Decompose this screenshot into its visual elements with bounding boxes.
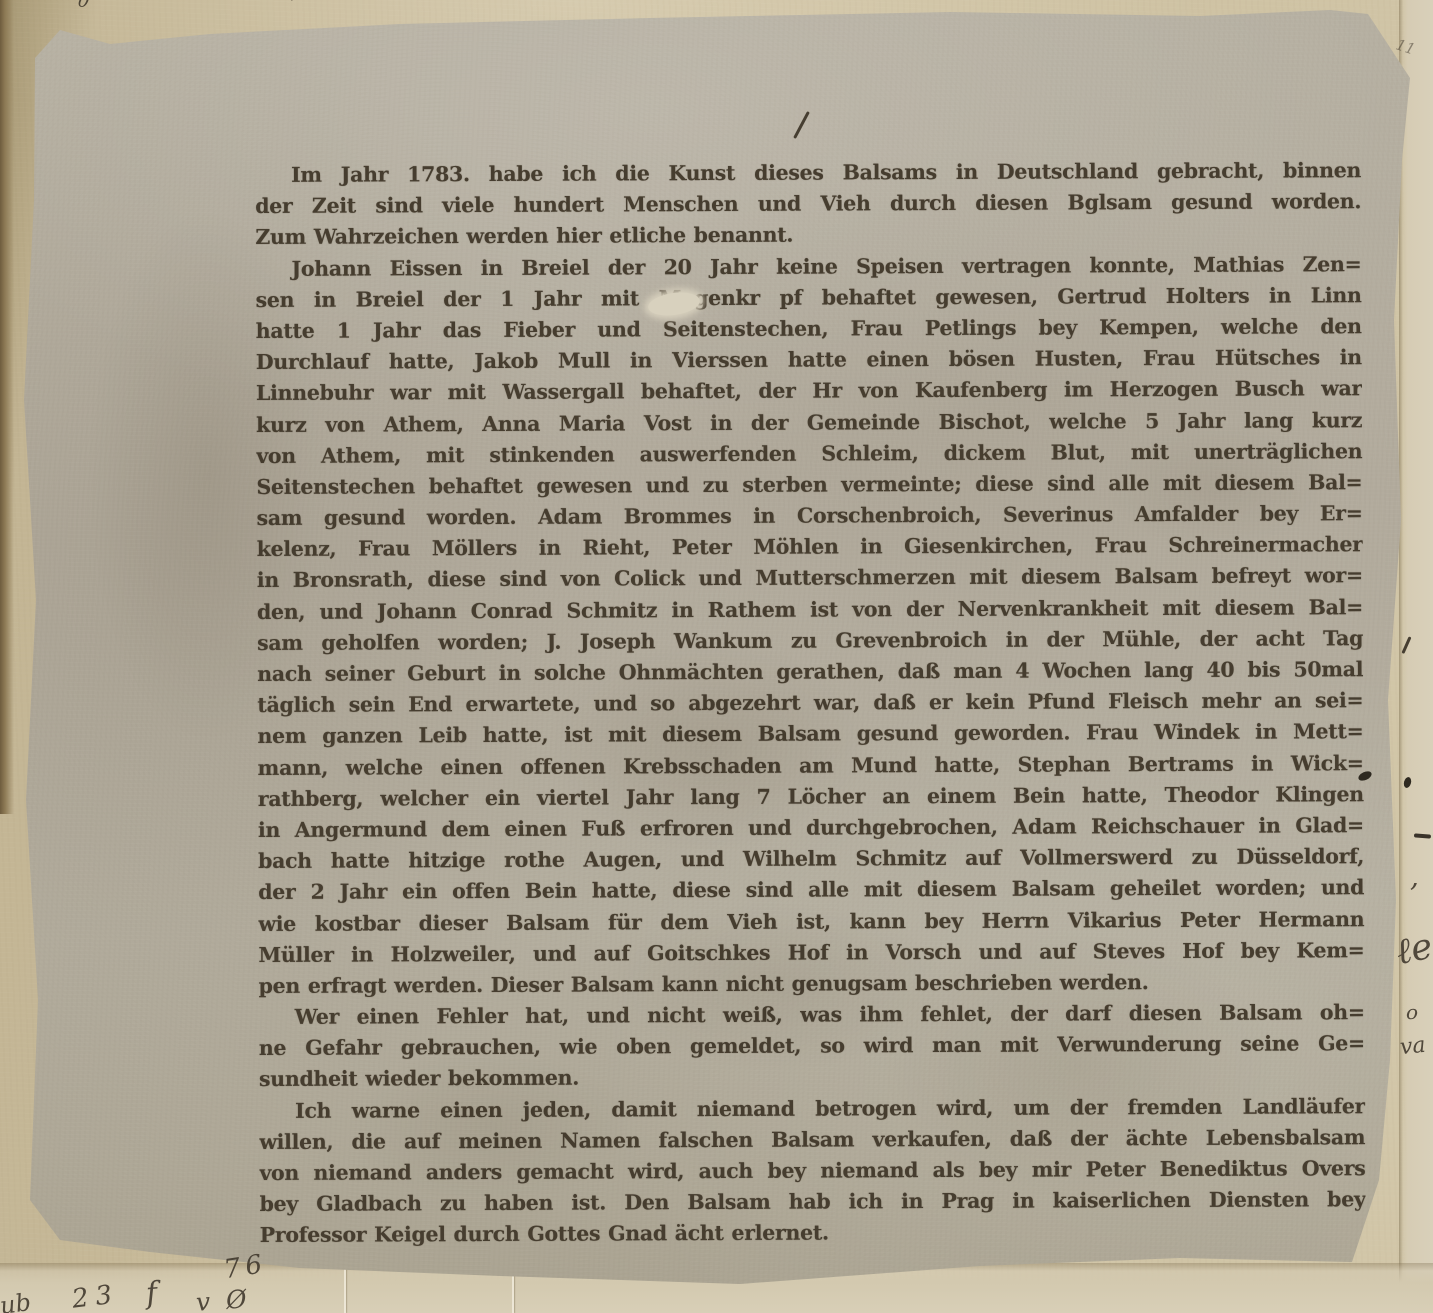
text-line: von niemand anders gemacht wird, auch be…: [259, 1153, 1365, 1189]
text-line: Müller in Holzweiler, und auf Goitschkes…: [258, 935, 1364, 971]
text-line: den, und Johann Conrad Schmitz in Rathem…: [257, 592, 1363, 628]
handwritten-number: 23: [70, 1279, 120, 1313]
text-line: sam geholfen worden; J. Joseph Wankum zu…: [257, 623, 1363, 659]
text-line: nem ganzen Leib hatte, ist mit diesem Ba…: [257, 717, 1363, 753]
handwritten-mark: ,: [1410, 860, 1419, 893]
scanned-page: { "colors": { "backing_paper": "#ccbf9f"…: [0, 0, 1433, 1313]
binding-edge-left: [0, 0, 14, 814]
text-line: Linnebuhr war mit Wassergall behaftet, d…: [256, 373, 1362, 409]
text-line: von Athem, mit stinkenden auswerfenden S…: [256, 436, 1362, 472]
text-line: der Zeit sind viele hundert Menschen und…: [255, 186, 1361, 222]
text-line: täglich sein End erwartete, und so abgez…: [257, 685, 1363, 721]
text-line: Im Jahr 1783. habe ich die Kunst dieses …: [255, 155, 1361, 191]
text-line: sam gesund worden. Adam Brommes in Corsc…: [256, 498, 1362, 534]
text-line: Durchlauf hatte, Jakob Mull in Vierssen …: [256, 342, 1362, 378]
document-sheet: Im Jahr 1783. habe ich die Kunst dieses …: [18, 6, 1416, 1294]
text-line: rathberg, welcher ein viertel Jahr lang …: [258, 779, 1364, 815]
text-line: in Bronsrath, diese sind von Colick und …: [257, 561, 1363, 597]
handwritten-mark: va: [1399, 1033, 1427, 1061]
text-line: bach hatte hitzige rothe Augen, und Wilh…: [258, 841, 1364, 877]
text-line: pen erfragt werden. Dieser Balsam kann n…: [259, 966, 1365, 1002]
text-line: nach seiner Geburt in solche Ohnmächten …: [257, 654, 1363, 690]
text-line: ne Gefahr gebrauchen, wie oben gemeldet,…: [259, 1028, 1365, 1064]
text-line: willen, die auf meinen Namen falschen Ba…: [259, 1122, 1365, 1158]
text-line: sundheit wieder bekommen.: [259, 1060, 1365, 1096]
handwritten-mark: o: [1406, 1000, 1418, 1024]
text-line: kurz von Athem, Anna Maria Vost in der G…: [256, 405, 1362, 441]
handwritten-mark: ʼ: [290, 0, 295, 12]
text-line: wie kostbar dieser Balsam für dem Vieh i…: [258, 904, 1364, 940]
text-line: Seitenstechen behaftet gewesen und zu st…: [256, 467, 1362, 503]
document-text: Im Jahr 1783. habe ich die Kunst dieses …: [255, 155, 1366, 1251]
under-page-right-edge: [1399, 0, 1433, 1313]
text-line: Professor Keigel durch Gottes Gnad ächt …: [260, 1216, 1366, 1252]
text-line: mann, welche einen offenen Krebsschaden …: [258, 748, 1364, 784]
handwritten-mark: ub: [0, 1288, 33, 1313]
text-line: Zum Wahrzeichen werden hier etliche bena…: [255, 218, 1361, 254]
text-line: Johann Eissen in Breiel der 20 Jahr kein…: [255, 249, 1361, 285]
text-line: bey Gladbach zu haben ist. Den Balsam ha…: [259, 1184, 1365, 1220]
handwritten-mark: v Ø: [195, 1284, 251, 1313]
text-line: kelenz, Frau Möllers in Rieht, Peter Möh…: [257, 529, 1363, 565]
text-line: sen in Breiel der 1 Jahr mit Magenkr pf …: [256, 280, 1362, 316]
text-line: in Angermund dem einen Fuß erfroren und …: [258, 810, 1364, 846]
text-line: Ich warne einen jeden, damit niemand bet…: [259, 1091, 1365, 1127]
text-line: der 2 Jahr ein offen Bein hatte, diese s…: [258, 872, 1364, 908]
text-line: Wer einen Fehler hat, und nicht weiß, wa…: [259, 997, 1365, 1033]
text-line: hatte 1 Jahr das Fieber und Seitensteche…: [256, 311, 1362, 347]
